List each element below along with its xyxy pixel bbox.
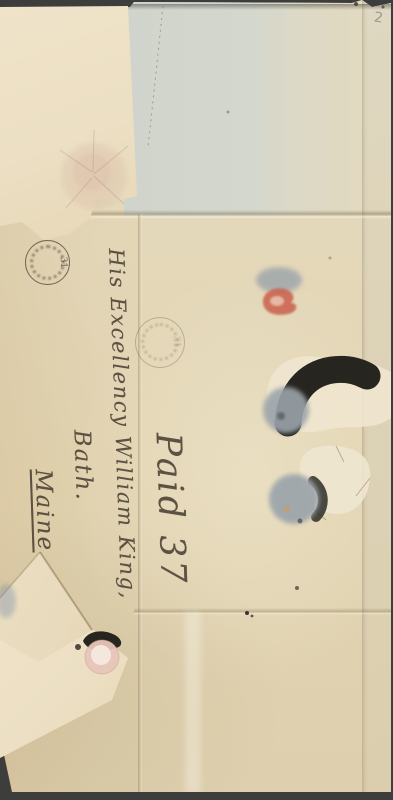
dotted-fold-line: [148, 6, 163, 148]
wax-seal-red-remnant: [256, 267, 302, 315]
wax-seal-gray-remnant: [269, 446, 370, 524]
bottom-left-wax-cluster: [0, 552, 121, 674]
photograph-background: 31 Paid 37 His Excellency William King, …: [0, 0, 393, 800]
paper-specks: [227, 2, 385, 617]
seals-and-tears-overlay: [0, 0, 393, 800]
torn-hole-black-wax: [263, 356, 391, 433]
wax-seal-impression-faint: [60, 130, 128, 209]
